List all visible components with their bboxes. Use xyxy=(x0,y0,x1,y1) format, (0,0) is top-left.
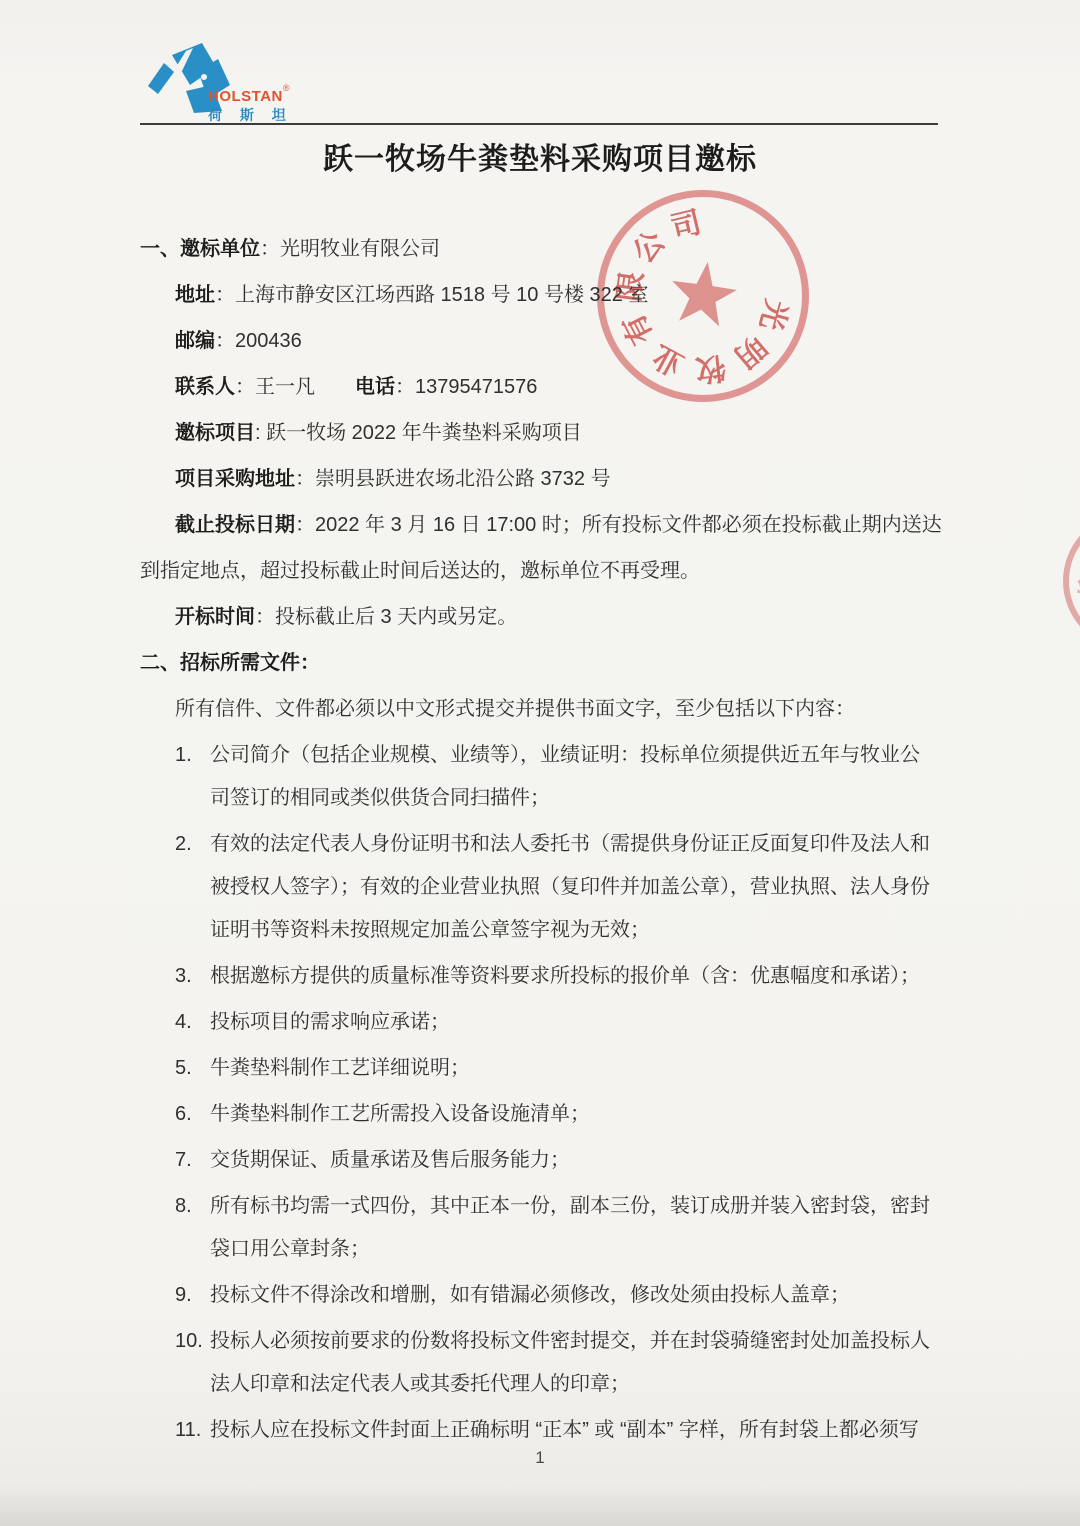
partial-seal-stamp: 有牧 xyxy=(1063,512,1080,650)
list-item-number: 8. xyxy=(175,1185,210,1271)
document-line: 地址：上海市静安区江场西路 1518 号 10 号楼 322 室 xyxy=(175,274,935,317)
document-line: 4.投标项目的需求响应承诺； xyxy=(175,1001,935,1044)
document-line: 7.交货期保证、质量承诺及售后服务能力； xyxy=(175,1139,935,1182)
document-line: 11.投标人应在投标文件封面上正确标明 “正本” 或 “副本” 字样，所有封袋上… xyxy=(175,1409,935,1452)
document-line: 项目采购地址：崇明县跃进农场北沿公路 3732 号 xyxy=(175,458,935,501)
list-item-number: 3. xyxy=(175,955,210,998)
seal-character: 有 xyxy=(1075,575,1080,603)
document-line: 2.有效的法定代表人身份证明书和法人委托书（需提供身份证正反面复印件及法人和被授… xyxy=(175,823,935,952)
document-line: 6.牛粪垫料制作工艺所需投入设备设施清单； xyxy=(175,1093,935,1136)
list-item-number: 2. xyxy=(175,823,210,952)
brand-name: HOLSTAN xyxy=(208,88,283,105)
scanned-document-page: HOLSTAN® 荷 斯 坦 跃一牧场牛粪垫料采购项目邀标 光明牧业有限公司 有… xyxy=(0,0,1080,1526)
document-line: 1.公司简介（包括企业规模、业绩等），业绩证明：投标单位须提供近五年与牧业公司签… xyxy=(175,734,935,820)
document-line: 5.牛粪垫料制作工艺详细说明； xyxy=(175,1047,935,1090)
document-line: 8.所有标书均需一式四份，其中正本一份，副本三份，装订成册并装入密封袋，密封袋口… xyxy=(175,1185,935,1271)
brand-name-chinese: 荷 斯 坦 xyxy=(208,108,293,123)
scan-shadow xyxy=(0,1486,1080,1526)
document-body: 一、邀标单位：光明牧业有限公司地址：上海市静安区江场西路 1518 号 10 号… xyxy=(140,228,935,1455)
document-line: 联系人：王一凡 电话：13795471576 xyxy=(175,366,935,409)
list-item-number: 4. xyxy=(175,1001,210,1044)
brand-text: HOLSTAN® 荷 斯 坦 xyxy=(208,88,293,123)
document-line: 邮编：200436 xyxy=(175,320,935,363)
list-item-number: 11. xyxy=(175,1409,210,1452)
document-line: 邀标项目: 跃一牧场 2022 年牛粪垫料采购项目 xyxy=(175,412,935,455)
header-divider xyxy=(140,123,938,125)
list-item-number: 1. xyxy=(175,734,210,820)
document-line: 9.投标文件不得涂改和增删，如有错漏必须修改，修改处须由投标人盖章； xyxy=(175,1274,935,1317)
list-item-number: 5. xyxy=(175,1047,210,1090)
document-line: 一、邀标单位：光明牧业有限公司 xyxy=(140,228,935,271)
document-line: 二、招标所需文件： xyxy=(140,642,935,685)
registered-trademark-icon: ® xyxy=(283,83,290,93)
page-title: 跃一牧场牛粪垫料采购项目邀标 xyxy=(0,134,1080,178)
company-logo: HOLSTAN® 荷 斯 坦 xyxy=(146,40,376,126)
document-line: 截止投标日期：2022 年 3 月 16 日 17:00 时；所有投标文件都必须… xyxy=(175,504,935,547)
list-item-number: 7. xyxy=(175,1139,210,1182)
list-item-number: 9. xyxy=(175,1274,210,1317)
page-number: 1 xyxy=(0,1448,1080,1468)
list-item-number: 6. xyxy=(175,1093,210,1136)
list-item-number: 10. xyxy=(175,1320,210,1406)
document-line: 10.投标人必须按前要求的份数将投标文件密封提交，并在封袋骑缝密封处加盖投标人法… xyxy=(175,1320,935,1406)
document-line: 开标时间：投标截止后 3 天内或另定。 xyxy=(175,596,935,639)
document-line: 3.根据邀标方提供的质量标准等资料要求所投标的报价单（含：优惠幅度和承诺）； xyxy=(175,955,935,998)
document-line: 到指定地点，超过投标截止时间后送达的，邀标单位不再受理。 xyxy=(140,550,935,593)
document-line: 所有信件、文件都必须以中文形式提交并提供书面文字，至少包括以下内容： xyxy=(175,688,935,731)
